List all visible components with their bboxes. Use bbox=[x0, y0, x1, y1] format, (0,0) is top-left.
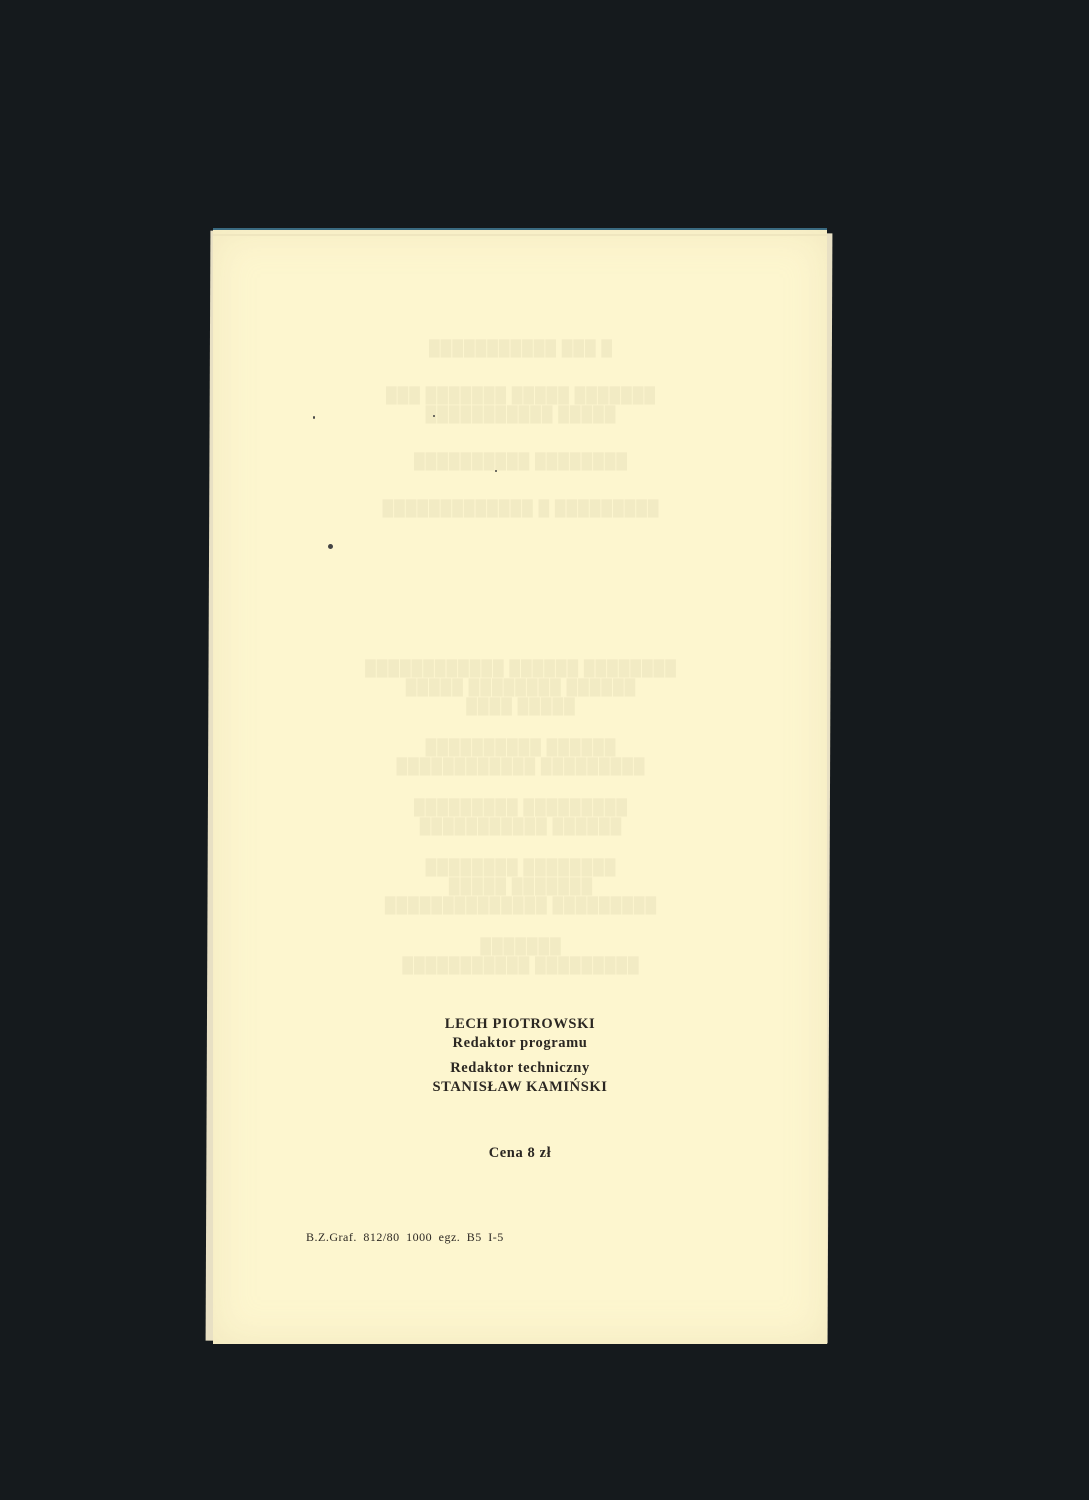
paper-speck bbox=[433, 415, 435, 417]
editor-role: Redaktor programu bbox=[213, 1034, 827, 1053]
technical-editor-role: Redaktor techniczny bbox=[213, 1059, 827, 1078]
bleed-through-text-2: ████████ ██████ ████████████ ██████ ████… bbox=[213, 660, 827, 976]
technical-editor-name: STANISŁAW KAMIŃSKI bbox=[213, 1078, 827, 1097]
printer-imprint: B.Z.Graf. 812/80 1000 egz. B5 I-5 bbox=[306, 1230, 504, 1245]
printed-page: █ ███ ███████████ ███████ █████ ███████ … bbox=[213, 228, 827, 1344]
price-label: Cena 8 zł bbox=[213, 1145, 827, 1162]
paper-speck bbox=[328, 544, 333, 549]
credits-block: LECH PIOTROWSKI Redaktor programu Redakt… bbox=[213, 1015, 827, 1097]
editor-name: LECH PIOTROWSKI bbox=[213, 1015, 827, 1034]
paper-speck bbox=[313, 416, 315, 419]
bleed-through-text: █ ███ ███████████ ███████ █████ ███████ … bbox=[213, 340, 827, 519]
paper-speck bbox=[495, 470, 497, 472]
